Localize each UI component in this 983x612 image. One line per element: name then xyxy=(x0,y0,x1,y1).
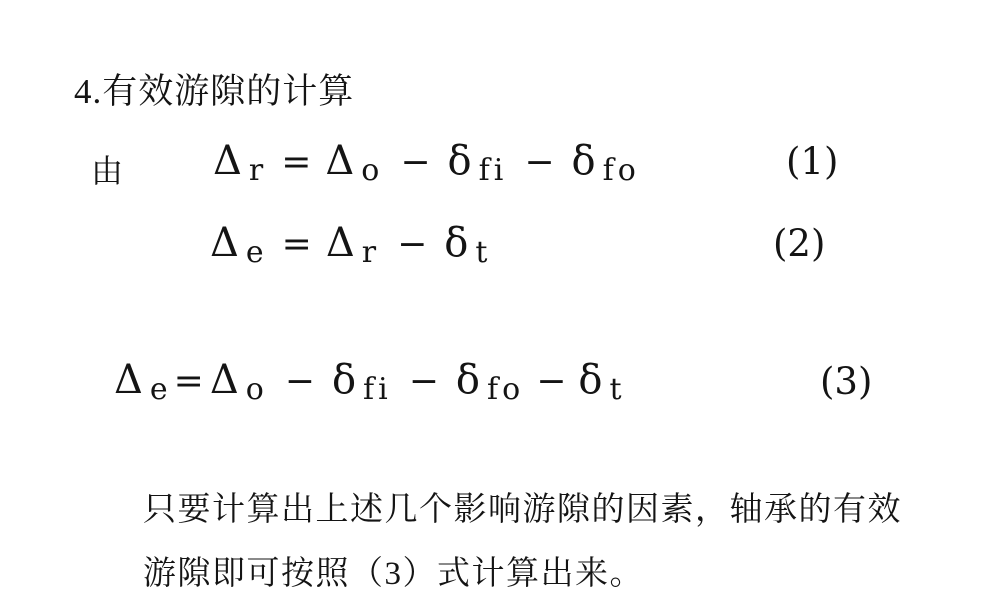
term-base: Δ xyxy=(325,138,354,184)
term-delta-fo: δ fo xyxy=(572,138,640,184)
term-base: Δ xyxy=(210,357,239,403)
term-base: Δ xyxy=(326,220,355,266)
minus-sign: − xyxy=(524,142,554,183)
term-delta-fi: δ fi xyxy=(332,357,392,403)
term-base: Δ xyxy=(114,357,143,403)
equation-1: Δ r = Δ o − δ fi − δ fo xyxy=(213,138,640,184)
equation-1-number: (1) xyxy=(786,140,838,183)
equation-3: Δ e = Δ o − δ fi − δ fo − δ t xyxy=(114,357,626,403)
term-base: Δ xyxy=(210,220,239,266)
term-subscript: fi xyxy=(479,153,508,188)
paragraph-line-2: 游隙即可按照（3）式计算出来。 xyxy=(143,545,933,609)
document-page: 4.有效游隙的计算 由 Δ r = Δ o − δ fi − δ fo (1) … xyxy=(0,0,983,612)
term-delta-o: Δ o xyxy=(210,357,268,403)
section-title: 4.有效游隙的计算 xyxy=(74,64,354,114)
term-base: δ xyxy=(572,138,596,184)
term-delta-fo: δ fo xyxy=(456,357,524,403)
body-paragraph: 只要计算出上述几个影响游隙的因素，轴承的有效 游隙即可按照（3）式计算出来。 xyxy=(143,481,933,609)
minus-sign: − xyxy=(409,361,439,402)
term-subscript: o xyxy=(246,372,268,407)
minus-sign: − xyxy=(400,142,430,183)
minus-sign: − xyxy=(536,361,566,402)
term-delta-fi: δ fi xyxy=(448,138,508,184)
equation-3-number: (3) xyxy=(820,360,872,403)
term-subscript: fo xyxy=(603,153,640,188)
term-delta-r: Δ r xyxy=(213,138,267,184)
term-delta-r: Δ r xyxy=(326,220,380,266)
term-base: δ xyxy=(332,357,356,403)
term-delta-e: Δ e xyxy=(210,220,268,266)
term-delta-o: Δ o xyxy=(325,138,383,184)
term-subscript: fi xyxy=(363,372,392,407)
term-subscript: t xyxy=(609,372,625,407)
term-subscript: r xyxy=(249,153,267,188)
paragraph-line-1: 只要计算出上述几个影响游隙的因素，轴承的有效 xyxy=(143,481,933,545)
term-delta-e: Δ e xyxy=(114,357,172,403)
term-subscript: r xyxy=(362,235,380,270)
term-subscript: e xyxy=(150,372,172,407)
term-subscript: e xyxy=(246,235,268,270)
term-base: δ xyxy=(456,357,480,403)
term-base: δ xyxy=(444,220,468,266)
equals-sign: = xyxy=(282,224,312,265)
term-base: Δ xyxy=(213,138,242,184)
equals-sign: = xyxy=(281,142,311,183)
term-subscript: fo xyxy=(487,372,524,407)
lead-word: 由 xyxy=(91,146,123,192)
term-delta-t: δ t xyxy=(578,357,625,403)
term-subscript: o xyxy=(361,153,383,188)
equals-sign: = xyxy=(174,361,204,402)
term-subscript: t xyxy=(475,235,491,270)
equation-2-number: (2) xyxy=(773,222,825,265)
term-delta-t: δ t xyxy=(444,220,491,266)
minus-sign: − xyxy=(285,361,315,402)
minus-sign: − xyxy=(397,224,427,265)
term-base: δ xyxy=(448,138,472,184)
equation-2: Δ e = Δ r − δ t xyxy=(210,220,491,266)
term-base: δ xyxy=(578,357,602,403)
